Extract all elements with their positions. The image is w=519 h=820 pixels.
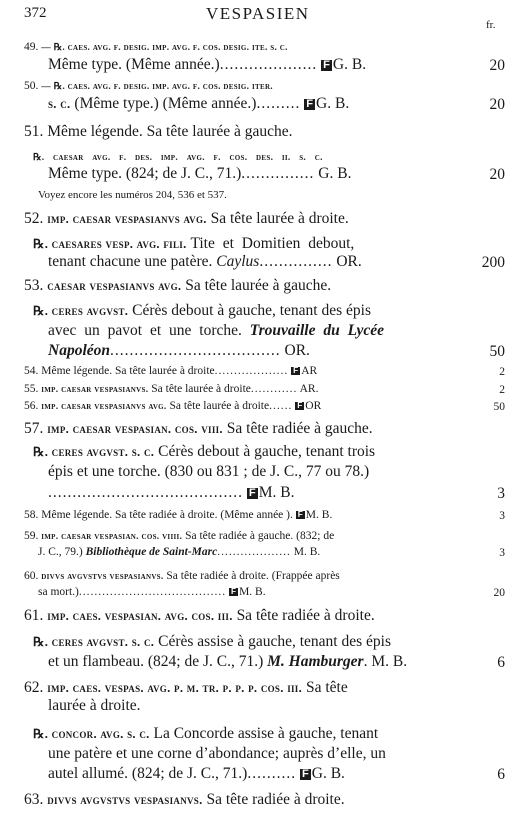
- legend: IMP. CAESAR VESPASIAN. COS. VIIII.: [41, 532, 182, 542]
- price: 200: [482, 254, 505, 272]
- legend: IMP. CAES. VESPAS. AVG. P. M. TR. P. P. …: [47, 681, 302, 695]
- entry-number: 50.: [24, 80, 38, 92]
- metal: AR: [301, 365, 317, 377]
- entry-50-line-1: 50. — ℞. CAES. AVG. F. DESIG. IMP. AVG. …: [24, 81, 273, 93]
- price: 3: [497, 485, 505, 503]
- price: 20: [490, 57, 506, 75]
- description: La Concorde assise à gauche, tenant: [154, 725, 379, 742]
- entry-number: 58.: [24, 509, 38, 521]
- entry-62-line-1: 62. IMP. CAES. VESPAS. AVG. P. M. TR. P.…: [24, 680, 348, 696]
- entry-58: 58. Même légende. Sa tête radiée à droit…: [24, 510, 332, 522]
- entry-number: 61.: [24, 607, 43, 624]
- description: Cérès assise à gauche, tenant des épis: [158, 633, 391, 650]
- description: Sa tête laurée à droite.: [211, 210, 349, 227]
- rarity-mark-icon: F: [295, 402, 304, 410]
- price: 2: [499, 384, 505, 396]
- entry-63-line-1: 63. DIVVS AVGVSTVS VESPASIANVS. Sa tête …: [24, 792, 345, 808]
- description: Même légende. Sa tête laurée à droite: [41, 365, 214, 377]
- legend: S. C.: [48, 97, 71, 111]
- description: Sa tête radiée à droite.: [206, 791, 344, 808]
- entry-62-line-4: une patère et une corne d’abondance; aup…: [48, 746, 386, 762]
- entry-59-line-2: J. C., 79.) Bibliothèque de Saint-Marc..…: [38, 547, 320, 559]
- entry-61-line-2: ℞. CERES AVGVST. S. C. Cérès assise à ga…: [33, 634, 391, 650]
- entry-number: 52.: [24, 210, 43, 227]
- description: épis et une torche. (830 ou 831 ; de J. …: [48, 463, 369, 480]
- leader-dots: ........................................: [48, 484, 243, 501]
- legend: ℞. CAESARES VESP. AVG. FILI.: [33, 237, 187, 251]
- description: (Même type.) (Même année.): [74, 95, 256, 112]
- description: Même type. (Même année.): [48, 56, 220, 73]
- entry-number: 53.: [24, 277, 43, 294]
- entry-56: 56. IMP. CAESAR VESPASIANVS AVG. Sa tête…: [24, 401, 321, 413]
- price: 50: [494, 401, 506, 413]
- leader-dots: ...................................: [110, 342, 281, 359]
- price: 20: [494, 587, 506, 599]
- entry-number: 59.: [24, 530, 38, 542]
- rarity-mark-icon: F: [229, 588, 238, 596]
- description: laurée à droite.: [48, 697, 141, 714]
- legend: ℞. CONCOR. AVG. S. C.: [33, 727, 150, 741]
- description: Sa tête laurée à droite: [151, 383, 251, 395]
- price: 3: [499, 510, 505, 522]
- entry-55: 55. IMP. CAESAR VESPASIANVS. Sa tête lau…: [24, 384, 318, 396]
- description: J. C., 79.): [38, 546, 83, 558]
- description: une patère et une corne d’abondance; aup…: [48, 745, 386, 762]
- source-reference: Caylus: [216, 253, 259, 270]
- metal: M. B.: [306, 509, 333, 521]
- description: Tite et Domitien debout,: [190, 235, 354, 252]
- description: Sa tête: [306, 679, 348, 696]
- rarity-mark-icon: F: [300, 769, 311, 780]
- entry-61-line-1: 61. IMP. CAES. VESPASIAN. AVG. COS. III.…: [24, 608, 375, 624]
- description: sa mort.): [38, 586, 79, 598]
- source-reference: Bibliothèque de Saint-Marc: [86, 546, 218, 558]
- entry-number: 56.: [24, 400, 38, 412]
- source-reference: M. Hamburger: [267, 653, 363, 670]
- entry-60-line-2: sa mort.)...............................…: [38, 587, 266, 599]
- metal: G. B.: [312, 765, 345, 782]
- metal: M. B.: [294, 546, 321, 558]
- description: Cérès debout à gauche, tenant des épis: [132, 302, 371, 319]
- legend: ℞. CERES AVGVST. S. C.: [33, 635, 154, 649]
- entry-53-line-4: Napoléon................................…: [48, 343, 310, 359]
- entry-51-line-3: Même type. (824; de J. C., 71.).........…: [48, 166, 351, 182]
- description: Même légende. Sa tête radiée à droite. (…: [41, 509, 293, 521]
- leader-dots: ...................: [217, 546, 291, 558]
- entry-54: 54. Même légende. Sa tête laurée à droit…: [24, 366, 317, 378]
- description: avec un pavot et une torche.: [48, 322, 242, 339]
- price: 20: [490, 166, 506, 184]
- entry-57-line-1: 57. IMP. CAESAR VESPASIAN. COS. VIII. Sa…: [24, 421, 373, 437]
- entry-57-line-3: épis et une torche. (830 ou 831 ; de J. …: [48, 464, 369, 480]
- metal: OR: [305, 400, 321, 412]
- entry-62-line-3: ℞. CONCOR. AVG. S. C. La Concorde assise…: [33, 726, 378, 742]
- metal: M. B.: [259, 484, 295, 501]
- legend: CAESAR VESPASIANVS AVG.: [47, 279, 181, 293]
- entry-49-line-1: 49. — ℞. CAES. AVG. F. DESIG. IMP. AVG. …: [24, 42, 288, 54]
- page-number: 372: [24, 6, 47, 21]
- entry-52-line-1: 52. IMP. CAESAR VESPASIANVS AVG. Sa tête…: [24, 211, 349, 227]
- entry-49-line-2: Même type. (Même année.)................…: [48, 57, 366, 73]
- rarity-mark-icon: F: [304, 99, 315, 110]
- entry-62-line-2: laurée à droite.: [48, 698, 141, 714]
- entry-number: 63.: [24, 791, 43, 808]
- leader-dots: ......................................: [79, 586, 226, 598]
- leader-dots: .........: [256, 95, 300, 112]
- entry-53-line-2: ℞. CERES AVGVST. Cérès debout à gauche, …: [33, 303, 371, 319]
- leader-dots: ..........: [247, 765, 296, 782]
- metal: . M. B.: [364, 653, 408, 670]
- entry-59-line-1: 59. IMP. CAESAR VESPASIAN. COS. VIIII. S…: [24, 531, 334, 543]
- description: Sa tête radiée à gauche.: [227, 420, 373, 437]
- metal: G. B.: [316, 95, 349, 112]
- leader-dots: ...............: [259, 253, 332, 270]
- leader-dots: ...............: [241, 165, 314, 182]
- description: et un flambeau. (824; de J. C., 71.): [48, 653, 263, 670]
- entry-number: 62.: [24, 679, 43, 696]
- legend: IMP. CAESAR VESPASIANVS.: [41, 385, 148, 395]
- description: Sa tête laurée à gauche.: [185, 277, 331, 294]
- catalog-page: 372 VESPASIEN fr. 49. — ℞. CAES. AVG. F.…: [0, 0, 519, 820]
- currency-column-label: fr.: [486, 20, 495, 31]
- metal: G. B.: [318, 165, 351, 182]
- price: 2: [499, 366, 505, 378]
- description: Sa tête radiée à gauche. (832; de: [185, 530, 334, 542]
- description: Sa tête laurée à droite: [169, 400, 269, 412]
- legend: IMP. CAESAR VESPASIANVS AVG.: [47, 212, 206, 226]
- legend: — ℞. CAES. AVG. F. DESIG. IMP. AVG. F. C…: [41, 43, 288, 53]
- description: Sa tête radiée à droite.: [237, 607, 375, 624]
- description: autel allumé. (824; de J. C., 71.): [48, 765, 247, 782]
- rarity-mark-icon: F: [291, 367, 300, 375]
- price: 6: [497, 766, 505, 784]
- description: tenant chacune une patère.: [48, 253, 212, 270]
- legend: DIVVS AVGVSTVS VESPASIANVS.: [41, 572, 163, 582]
- metal: M. B.: [239, 586, 266, 598]
- entry-number: 55.: [24, 383, 38, 395]
- leader-dots: ...................: [215, 365, 289, 377]
- description: Cérès debout à gauche, tenant trois: [158, 443, 375, 460]
- entry-number: 57.: [24, 420, 43, 437]
- leader-dots: ............: [251, 383, 298, 395]
- entry-57-line-2: ℞. CERES AVGVST. S. C. Cérès debout à ga…: [33, 444, 375, 460]
- entry-61-line-3: et un flambeau. (824; de J. C., 71.) M. …: [48, 654, 407, 670]
- rarity-mark-icon: F: [296, 511, 305, 519]
- source-reference: Napoléon: [48, 342, 110, 359]
- legend: — ℞. CAES. AVG. F. DESIG. IMP. AVG. F. C…: [41, 82, 273, 92]
- entry-53-line-1: 53. CAESAR VESPASIANVS AVG. Sa tête laur…: [24, 278, 331, 294]
- cross-reference-note: Voyez encore les numéros 204, 536 et 537…: [38, 190, 227, 201]
- entry-number: 60.: [24, 570, 38, 582]
- entry-50-line-2: S. C. (Même type.) (Même année.)........…: [48, 96, 349, 112]
- metal: OR.: [336, 253, 361, 270]
- entry-57-line-4: ........................................…: [48, 485, 294, 501]
- legend: IMP. CAESAR VESPASIAN. COS. VIII.: [47, 422, 223, 436]
- legend: ℞. CERES AVGVST. S. C.: [33, 445, 154, 459]
- leader-dots: ......: [269, 400, 292, 412]
- description: Sa tête radiée à droite. (Frappée après: [166, 570, 339, 582]
- legend: IMP. CAES. VESPASIAN. AVG. COS. III.: [47, 609, 232, 623]
- entry-51-line-1: 51. Même légende. Sa tête laurée à gauch…: [24, 124, 293, 140]
- metal: AR.: [300, 383, 319, 395]
- rarity-mark-icon: F: [321, 60, 332, 71]
- rarity-mark-icon: F: [247, 488, 258, 499]
- legend: DIVVS AVGVSTVS VESPASIANVS.: [47, 793, 202, 807]
- entry-52-line-2: ℞. CAESARES VESP. AVG. FILI. Tite et Dom…: [33, 236, 354, 252]
- entry-51-line-2: ℞. CAESAR AVG. F. DES. IMP. AVG. F. COS.…: [33, 152, 323, 164]
- description: Même légende. Sa tête laurée à gauche.: [47, 123, 292, 140]
- leader-dots: ....................: [220, 56, 318, 73]
- source-reference: Trouvaille du Lycée: [250, 322, 384, 339]
- price: 3: [499, 547, 505, 559]
- legend: ℞. CAESAR AVG. F. DES. IMP. AVG. F. COS.…: [33, 153, 323, 163]
- entry-62-line-5: autel allumé. (824; de J. C., 71.)......…: [48, 766, 345, 782]
- legend: IMP. CAESAR VESPASIANVS AVG.: [41, 402, 166, 412]
- metal: OR.: [285, 342, 310, 359]
- entry-52-line-3: tenant chacune une patère. Caylus.......…: [48, 254, 362, 270]
- running-title: VESPASIEN: [206, 5, 310, 22]
- legend: ℞. CERES AVGVST.: [33, 304, 128, 318]
- price: 20: [490, 96, 506, 114]
- entry-number: 54.: [24, 365, 38, 377]
- description: Même type. (824; de J. C., 71.): [48, 165, 241, 182]
- price: 50: [490, 343, 506, 361]
- entry-number: 49.: [24, 41, 38, 53]
- entry-60-line-1: 60. DIVVS AVGVSTVS VESPASIANVS. Sa tête …: [24, 571, 340, 583]
- metal: G. B.: [333, 56, 366, 73]
- entry-53-line-3: avec un pavot et une torche. Trouvaille …: [48, 323, 384, 339]
- price: 6: [497, 654, 505, 672]
- entry-number: 51.: [24, 123, 43, 140]
